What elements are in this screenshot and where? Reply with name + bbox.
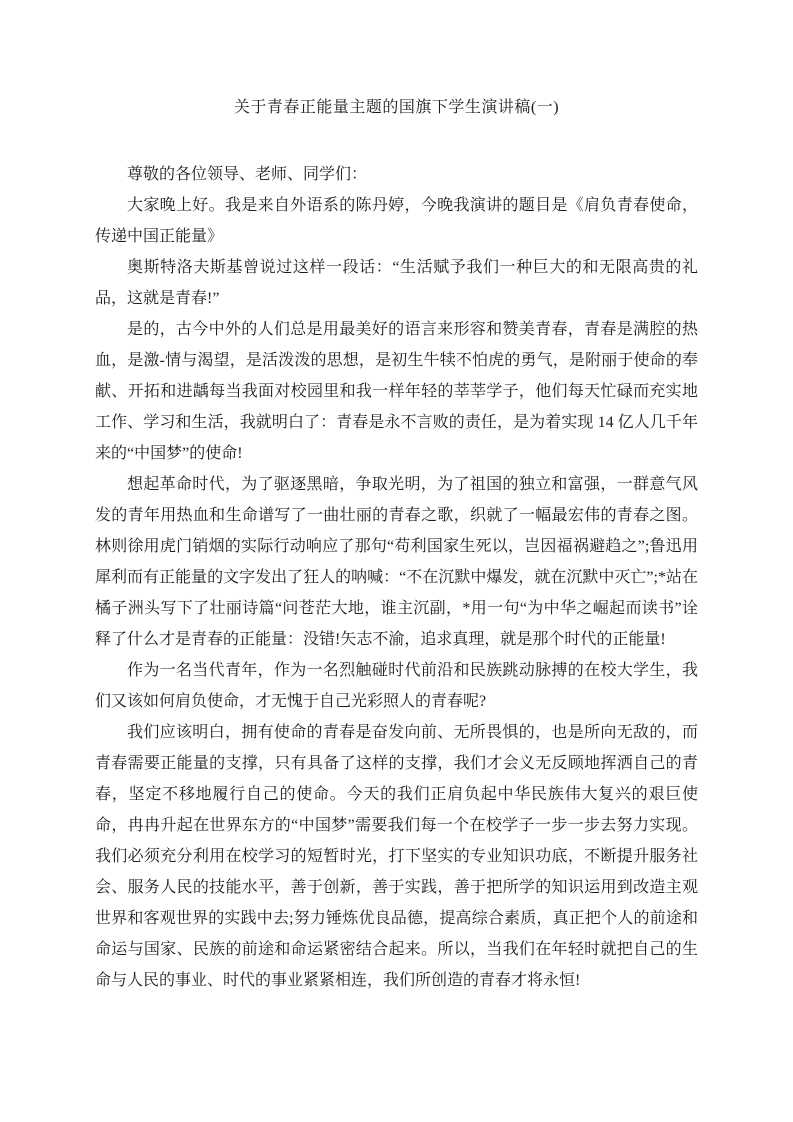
paragraph: 尊敬的各位领导、老师、同学们：: [95, 159, 698, 190]
document-body: 尊敬的各位领导、老师、同学们：大家晚上好。我是来自外语系的陈丹婷，今晚我演讲的题…: [0, 159, 793, 996]
paragraph: 奥斯特洛夫斯基曾说过这样一段话：“生活赋予我们一种巨大的和无限高贵的礼品，这就是…: [95, 252, 698, 314]
paragraph: 我们应该明白，拥有使命的青春是奋发向前、无所畏惧的，也是所向无敌的，而青春需要正…: [95, 717, 698, 996]
document-title: 关于青春正能量主题的国旗下学生演讲稿(一): [0, 0, 793, 116]
paragraph: 是的，古今中外的人们总是用最美好的语言来形容和赞美青春，青春是满腔的热血，是激-…: [95, 314, 698, 469]
document-page: 关于青春正能量主题的国旗下学生演讲稿(一) 尊敬的各位领导、老师、同学们：大家晚…: [0, 0, 793, 1122]
paragraph: 想起革命时代，为了驱逐黑暗，争取光明，为了祖国的独立和富强，一群意气风发的青年用…: [95, 469, 698, 655]
paragraph: 作为一名当代青年，作为一名烈触碰时代前沿和民族跳动脉搏的在校大学生，我们又该如何…: [95, 655, 698, 717]
paragraph: 大家晚上好。我是来自外语系的陈丹婷，今晚我演讲的题目是《肩负青春使命，传递中国正…: [95, 190, 698, 252]
